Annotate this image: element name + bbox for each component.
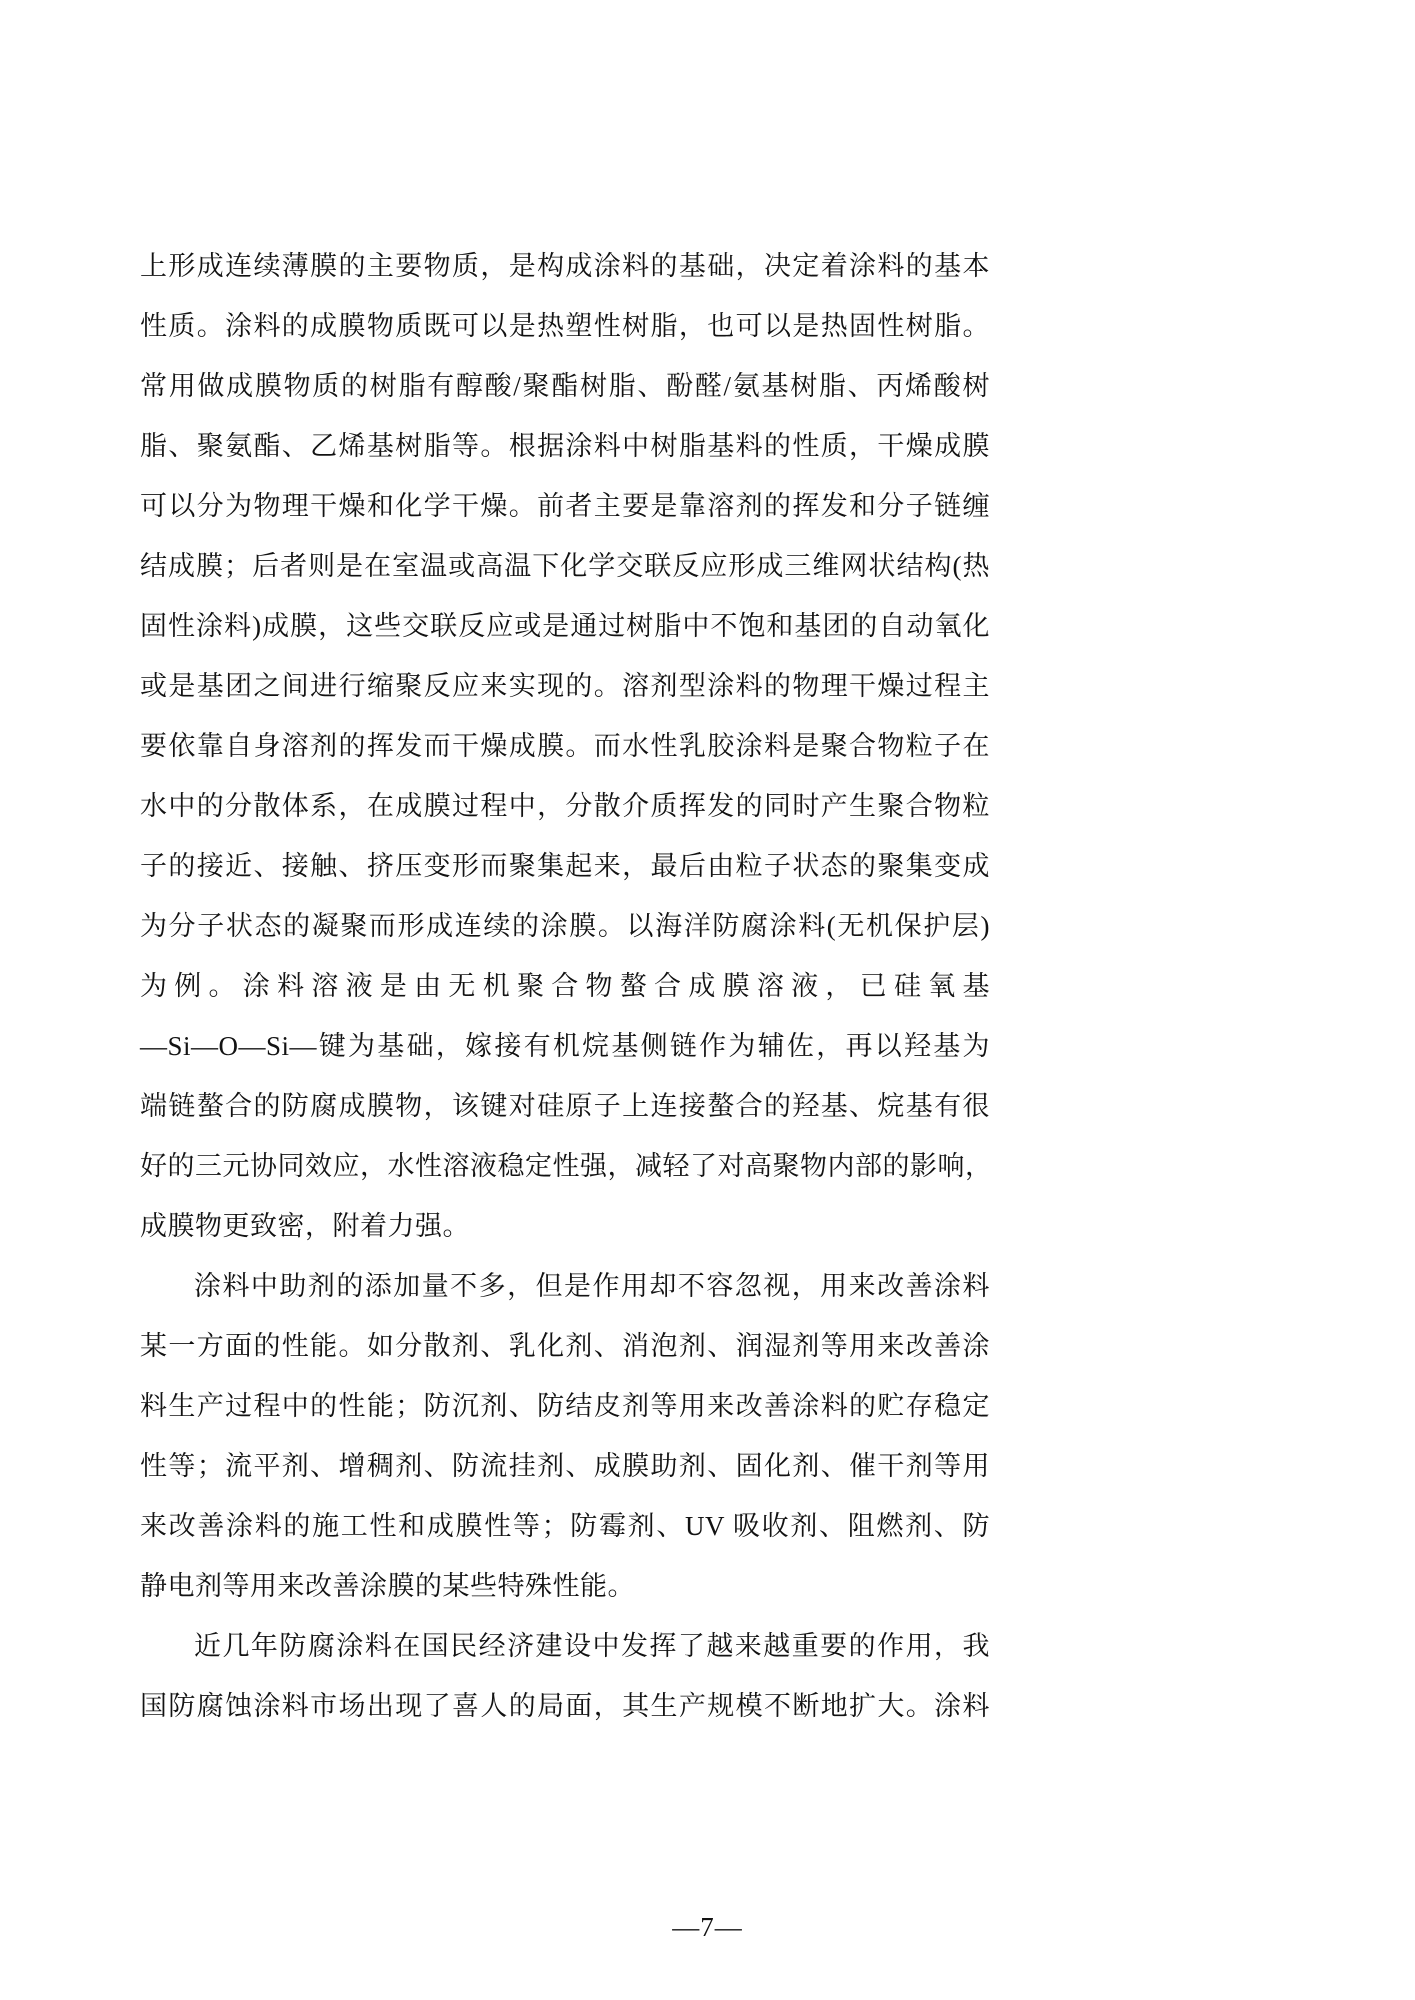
text-line: 近几年防腐涂料在国民经济建设中发挥了越来越重要的作用，我: [140, 1616, 990, 1676]
text-line: 成膜物更致密，附着力强。: [140, 1196, 990, 1256]
text-line: 料生产过程中的性能；防沉剂、防结皮剂等用来改善涂料的贮存稳定: [140, 1376, 990, 1436]
text-line-si-o-si-formula: —Si—O—Si—键为基础，嫁接有机烷基侧链作为辅佐，再以羟基为: [140, 1016, 990, 1076]
text-line: 为例。涂料溶液是由无机聚合物螯合成膜溶液，已硅氧基: [140, 956, 990, 1016]
text-line: 涂料中助剂的添加量不多，但是作用却不容忽视，用来改善涂料: [140, 1256, 990, 1316]
text-line: 结成膜；后者则是在室温或高温下化学交联反应形成三维网状结构(热: [140, 536, 990, 596]
text-line: 国防腐蚀涂料市场出现了喜人的局面，其生产规模不断地扩大。涂料: [140, 1676, 990, 1736]
body-text: 上形成连续薄膜的主要物质，是构成涂料的基础，决定着涂料的基本 性质。涂料的成膜物…: [140, 236, 990, 1736]
text-line: 或是基团之间进行缩聚反应来实现的。溶剂型涂料的物理干燥过程主: [140, 656, 990, 716]
text-line: 可以分为物理干燥和化学干燥。前者主要是靠溶剂的挥发和分子链缠: [140, 476, 990, 536]
text-line: 某一方面的性能。如分散剂、乳化剂、消泡剂、润湿剂等用来改善涂: [140, 1316, 990, 1376]
text-line: 为分子状态的凝聚而形成连续的涂膜。以海洋防腐涂料(无机保护层): [140, 896, 990, 956]
page-number: —7—: [0, 1912, 1415, 1943]
text-line: 要依靠自身溶剂的挥发而干燥成膜。而水性乳胶涂料是聚合物粒子在: [140, 716, 990, 776]
text-line: 子的接近、接触、挤压变形而聚集起来，最后由粒子状态的聚集变成: [140, 836, 990, 896]
document-page: 上形成连续薄膜的主要物质，是构成涂料的基础，决定着涂料的基本 性质。涂料的成膜物…: [0, 0, 1415, 2000]
text-line: 性质。涂料的成膜物质既可以是热塑性树脂，也可以是热固性树脂。: [140, 296, 990, 356]
text-line: 端链螯合的防腐成膜物，该键对硅原子上连接螯合的羟基、烷基有很: [140, 1076, 990, 1136]
text-line: 静电剂等用来改善涂膜的某些特殊性能。: [140, 1556, 990, 1616]
text-line: 好的三元协同效应，水性溶液稳定性强，减轻了对高聚物内部的影响，: [140, 1136, 990, 1196]
text-line: 常用做成膜物质的树脂有醇酸/聚酯树脂、酚醛/氨基树脂、丙烯酸树: [140, 356, 990, 416]
text-line: 来改善涂料的施工性和成膜性等；防霉剂、UV 吸收剂、阻燃剂、防: [140, 1496, 990, 1556]
text-line: 上形成连续薄膜的主要物质，是构成涂料的基础，决定着涂料的基本: [140, 236, 990, 296]
text-line: 脂、聚氨酯、乙烯基树脂等。根据涂料中树脂基料的性质，干燥成膜: [140, 416, 990, 476]
text-line: 性等；流平剂、增稠剂、防流挂剂、成膜助剂、固化剂、催干剂等用: [140, 1436, 990, 1496]
text-line: 水中的分散体系，在成膜过程中，分散介质挥发的同时产生聚合物粒: [140, 776, 990, 836]
text-line: 固性涂料)成膜，这些交联反应或是通过树脂中不饱和基团的自动氧化: [140, 596, 990, 656]
